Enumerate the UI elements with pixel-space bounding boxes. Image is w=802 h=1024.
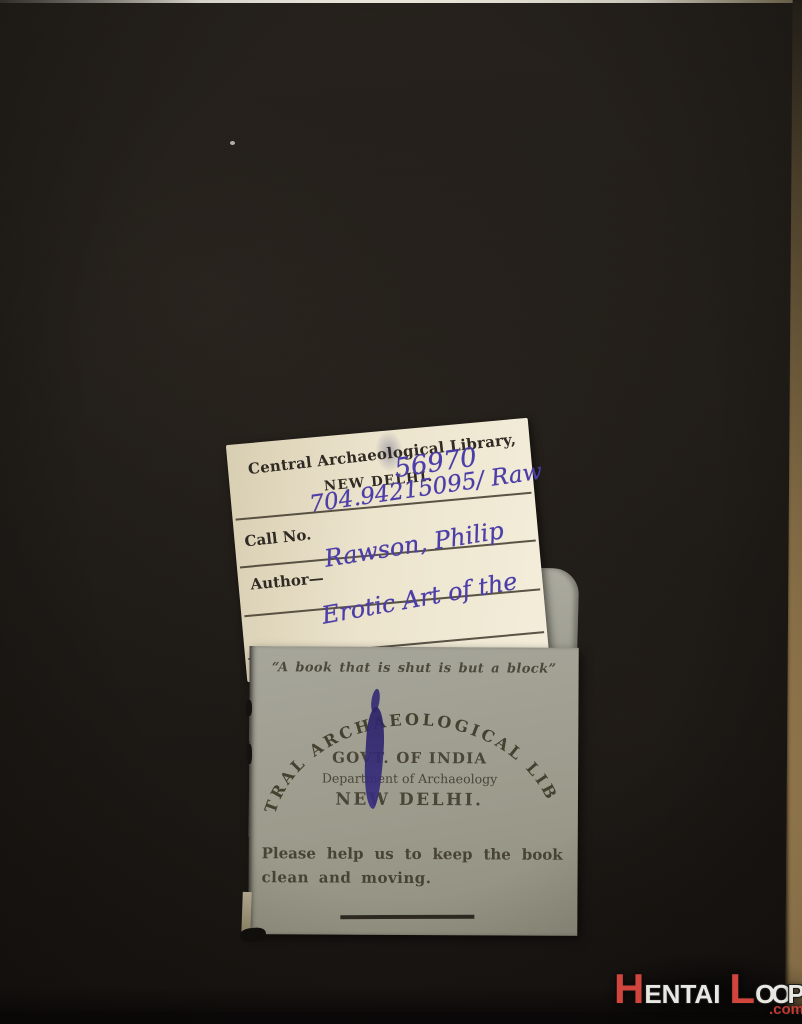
dust-speck	[230, 141, 235, 145]
book-pocket: “A book that is shut is but a block” CEN…	[248, 646, 579, 936]
pocket-edge-nick	[247, 744, 252, 764]
author-value: Rawson, Philip	[323, 516, 506, 573]
book-cover-photo: Central Archaeological Library, NEW DELH…	[0, 0, 802, 1024]
watermark-tld: .com	[769, 1001, 802, 1018]
watermark: HENTAILOOP .com	[612, 960, 802, 1014]
library-card: Central Archaeological Library, NEW DELH…	[226, 418, 549, 682]
author-label: Author—	[250, 569, 325, 594]
page-edge-right	[785, 0, 802, 1024]
city-line: NEW DELHI.	[269, 789, 550, 810]
pocket-corner-shadow	[239, 927, 266, 944]
pocket-edge-nick	[246, 700, 252, 716]
pocket-message-line2: clean and moving.	[261, 868, 431, 887]
watermark-h: H	[614, 972, 644, 1006]
title-value: Erotic Art of the	[320, 567, 520, 630]
watermark-l: L	[729, 972, 755, 1006]
call-no-label: Call No.	[244, 525, 313, 550]
page-edge-top	[0, 0, 802, 3]
pocket-message-line1: Please help us to keep the book	[262, 844, 563, 864]
govt-line: GOVT. OF INDIA	[269, 748, 550, 767]
department-line: Department of Archaeology	[269, 770, 550, 786]
pocket-bottom-rule	[340, 915, 474, 919]
watermark-entai: ENTAI	[644, 984, 720, 1005]
